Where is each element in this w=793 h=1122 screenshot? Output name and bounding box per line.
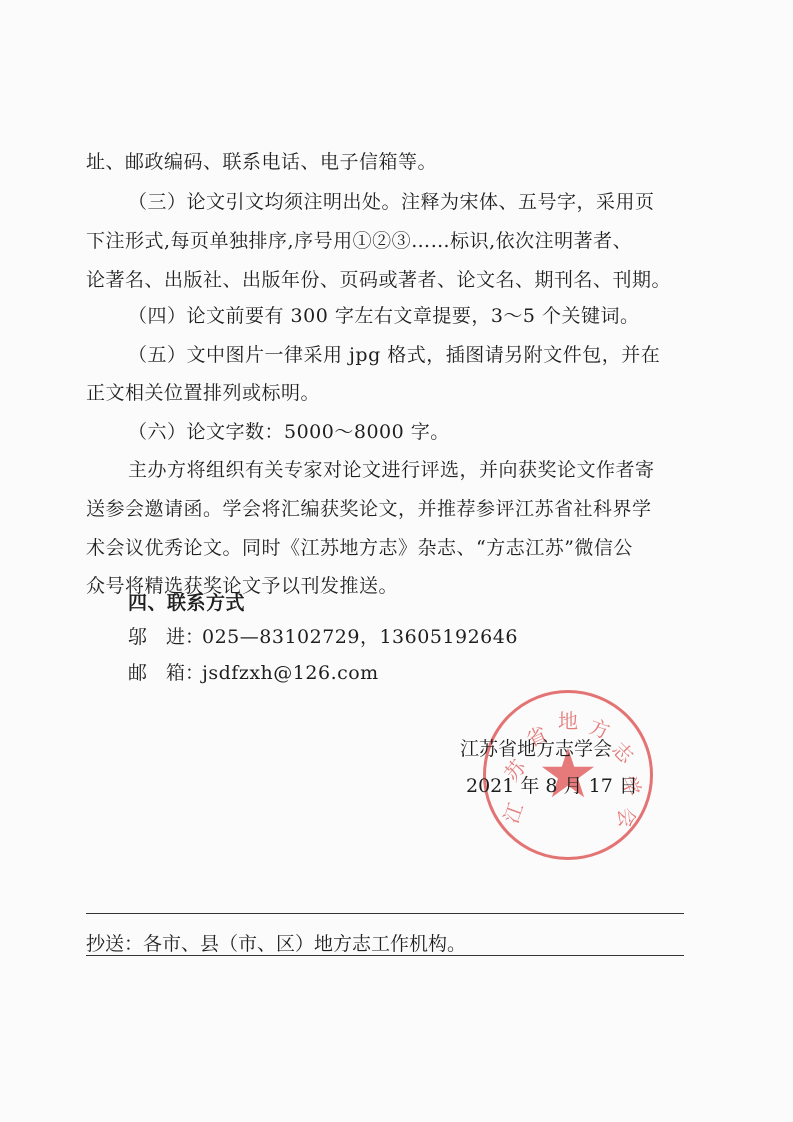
paragraph-line: 术会议优秀论文。同时《江苏地方志》杂志、“方志江苏”微信公	[86, 536, 633, 560]
contact-email: 邮箱： jsdfzxh@126.com	[128, 661, 379, 685]
signature-organization: 江苏省地方志学会	[460, 737, 612, 761]
paragraph-line: 正文相关位置排列或标明。	[86, 381, 320, 405]
signature-date: 2021 年 8 月 17 日	[466, 774, 638, 798]
cc-line: 抄送：各市、县（市、区）地方志工作机构。	[86, 932, 466, 956]
cc-top-rule	[86, 913, 684, 914]
paragraph-line: （四）论文前要有 300 字左右文章提要，3～5 个关键词。	[128, 304, 640, 328]
paragraph-line: 送参会邀请函。学会将汇编获奖论文，并推荐参评江苏省社科界学	[86, 497, 652, 521]
paragraph-line: 址、邮政编码、联系电话、电子信箱等。	[86, 150, 437, 174]
contact-email-label: 邮箱：	[128, 661, 202, 685]
section-heading: 四、联系方式	[128, 591, 245, 615]
paragraph-line: （五）文中图片一律采用 jpg 格式，插图请另附文件包，并在	[128, 343, 660, 367]
paragraph-line: 主办方将组织有关专家对论文进行评选，并向获奖论文作者寄	[128, 458, 655, 482]
paragraph-line: 论著名、出版社、出版年份、页码或著者、论文名、期刊名、刊期。	[86, 268, 671, 292]
paragraph-line: （六）论文字数：5000～8000 字。	[128, 420, 450, 444]
paragraph-line: 下注形式,每页单独排序,序号用①②③……标识,依次注明著者、	[86, 229, 632, 253]
contact-email-value[interactable]: jsdfzxh@126.com	[202, 662, 379, 684]
contact-phone-label: 邬进：	[128, 625, 202, 649]
cc-bottom-rule	[86, 955, 684, 956]
contact-phone: 邬进： 025—83102729，13605192646	[128, 625, 518, 649]
paragraph-line: （三）论文引文均须注明出处。注释为宋体、五号字，采用页	[128, 190, 655, 214]
contact-phone-value: 025—83102729，13605192646	[202, 626, 518, 648]
